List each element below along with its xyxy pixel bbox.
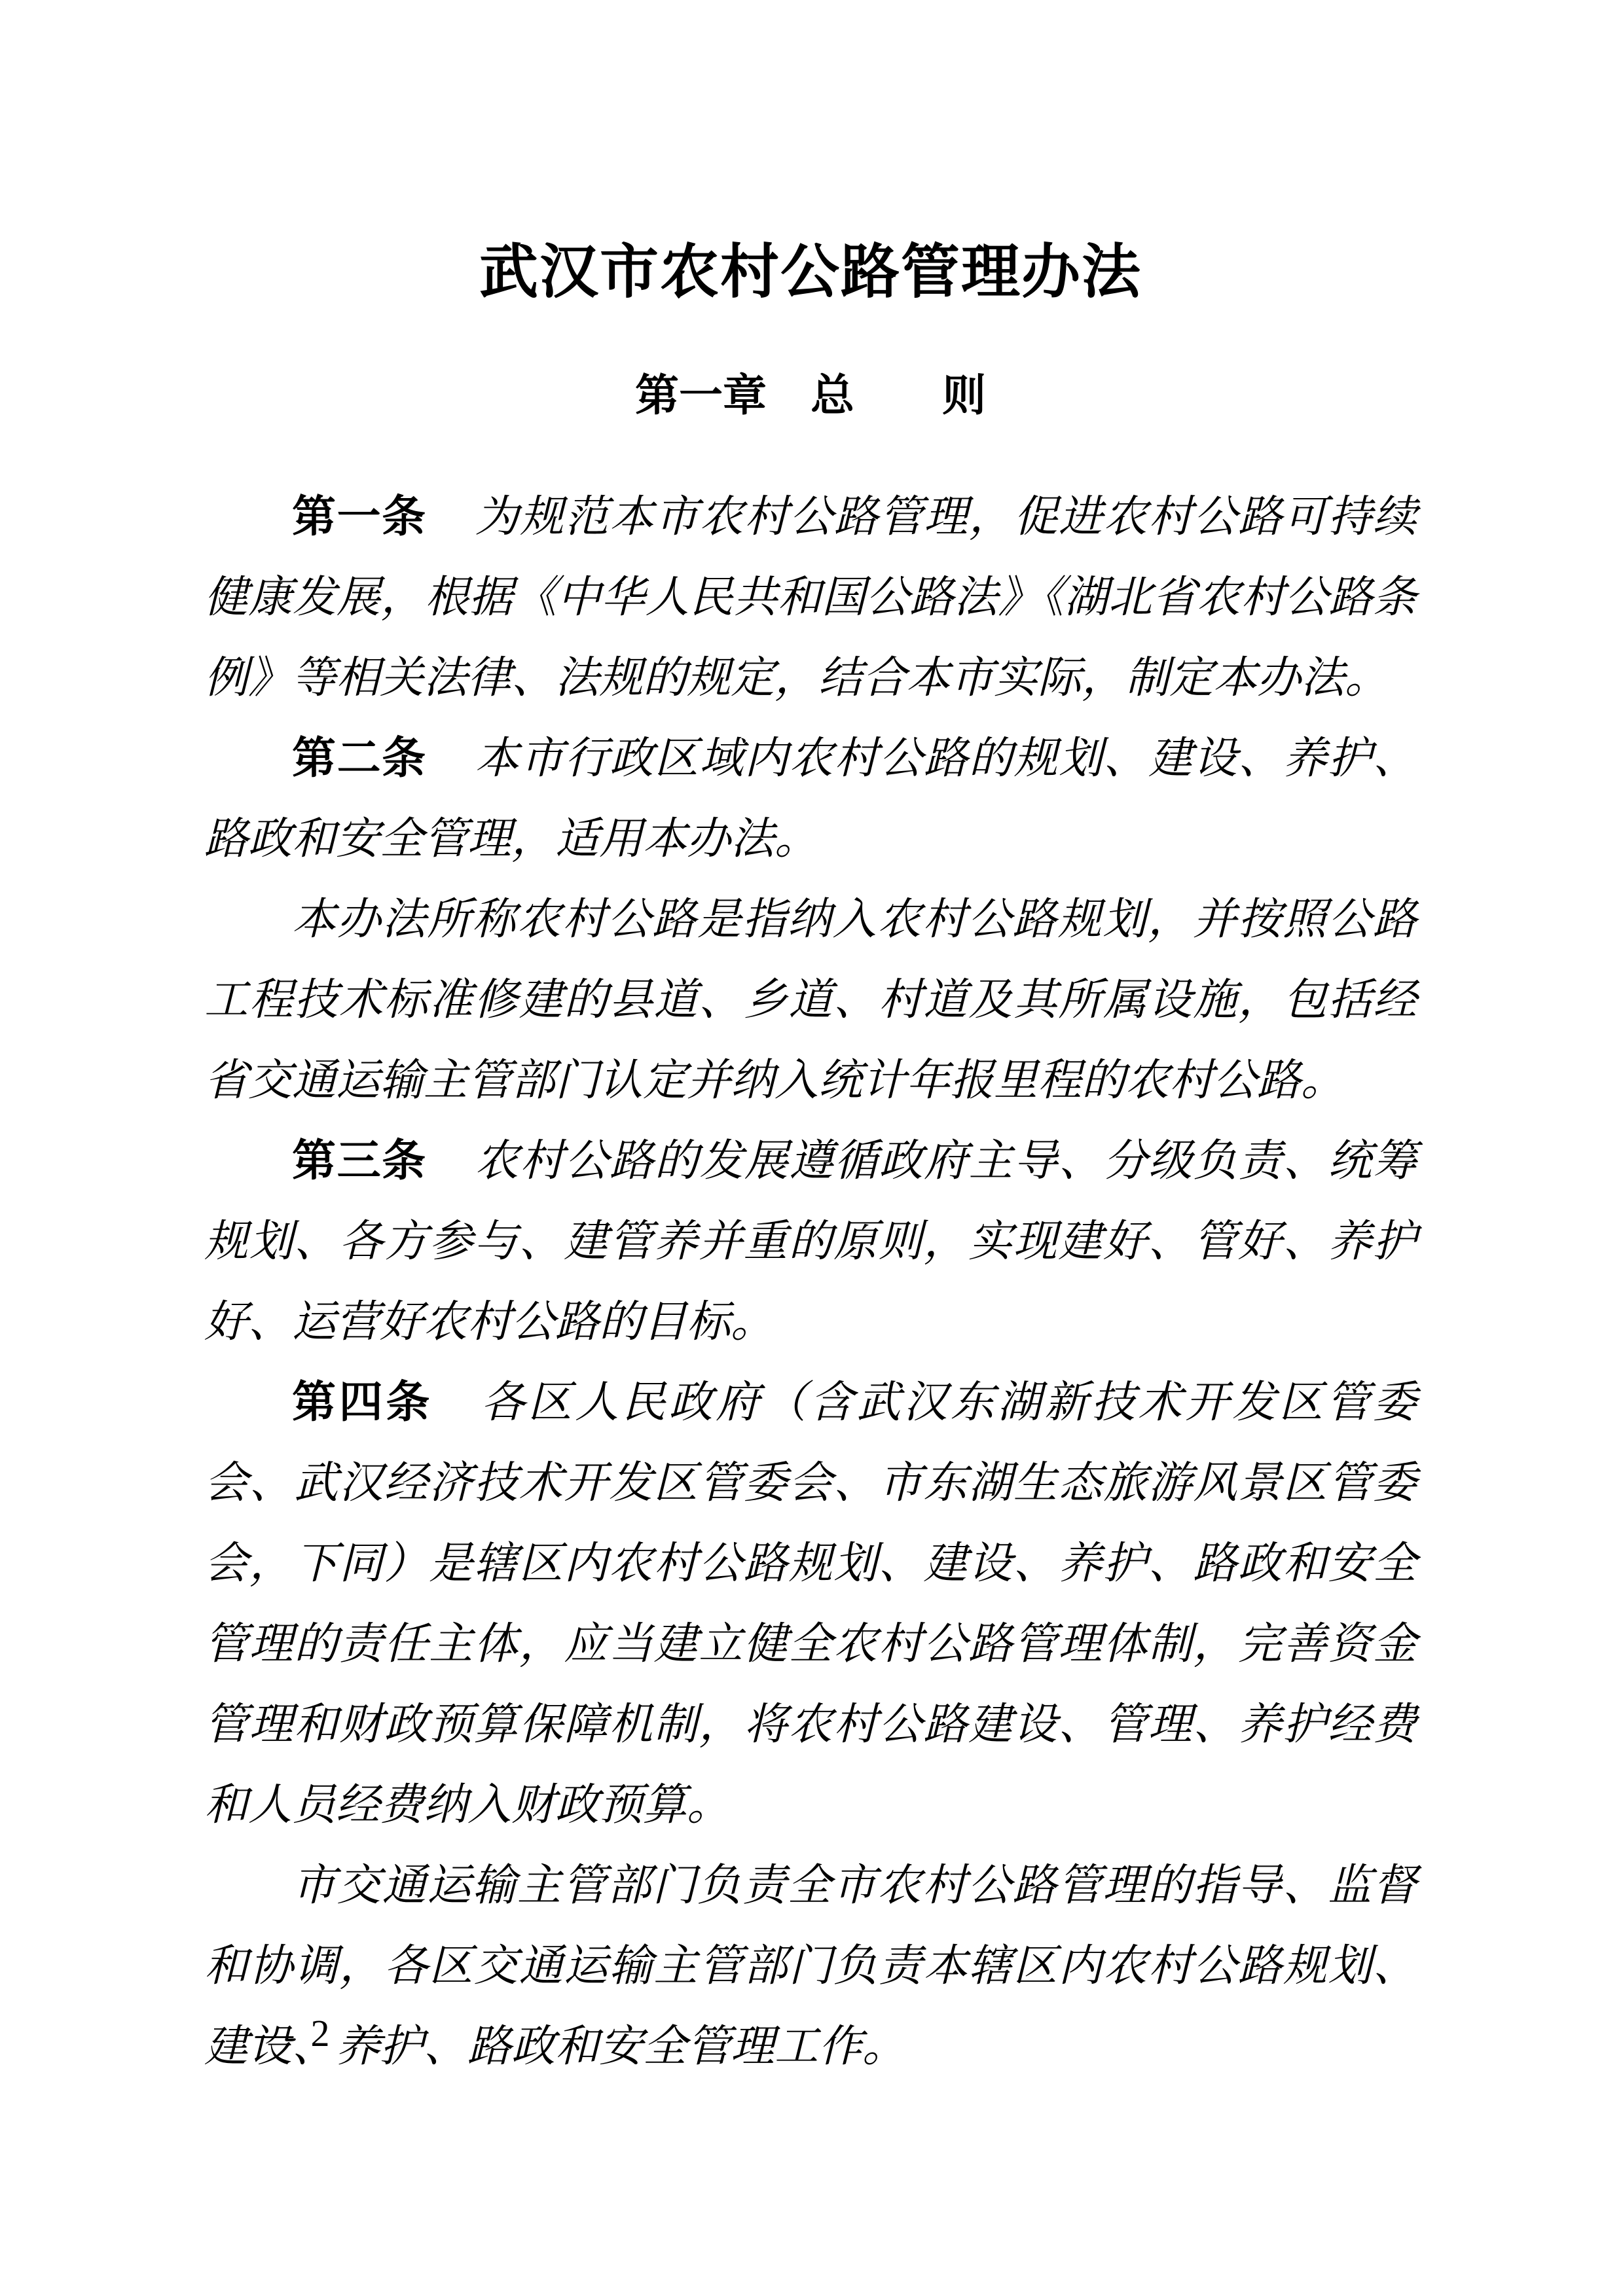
article-4-text: 各区人民政府（含武汉东湖新技术开发区管委会、武汉经济技术开发区管委会、市东湖生态… (204, 1378, 1417, 1829)
chapter-heading: 第一章 总 则 (204, 374, 1417, 418)
paragraph-article-1: 第一条为规范本市农村公路管理，促进农村公路可持续健康发展，根据《中华人民共和国公… (204, 477, 1417, 719)
article-4-number: 第四条 (292, 1378, 433, 1427)
paragraph-article-4: 第四条各区人民政府（含武汉东湖新技术开发区管委会、武汉经济技术开发区管委会、市东… (204, 1363, 1417, 1846)
paragraph-article-2: 第二条本市行政区域内农村公路的规划、建设、养护、路政和安全管理，适用本办法。 (204, 719, 1417, 880)
document-body: 第一条为规范本市农村公路管理，促进农村公路可持续健康发展，根据《中华人民共和国公… (204, 477, 1417, 2087)
article-3-number: 第三条 (292, 1137, 427, 1185)
document-content: 武汉市农村公路管理办法 第一章 总 则 第一条为规范本市农村公路管理，促进农村公… (0, 243, 1623, 2087)
document-title: 武汉市农村公路管理办法 (204, 243, 1417, 302)
article-2-continuation-text: 本办法所称农村公路是指纳入农村公路规划，并按照公路工程技术标准修建的县道、乡道、… (204, 895, 1417, 1105)
paragraph-article-3: 第三条农村公路的发展遵循政府主导、分级负责、统筹规划、各方参与、建管养并重的原则… (204, 1121, 1417, 1363)
article-1-number: 第一条 (292, 493, 427, 541)
article-2-number: 第二条 (292, 734, 427, 783)
document-page: 武汉市农村公路管理办法 第一章 总 则 第一条为规范本市农村公路管理，促进农村公… (0, 0, 1623, 2296)
paragraph-article-2-continuation: 本办法所称农村公路是指纳入农村公路规划，并按照公路工程技术标准修建的县道、乡道、… (204, 880, 1417, 1121)
page-number: — 2 — (255, 2015, 389, 2053)
